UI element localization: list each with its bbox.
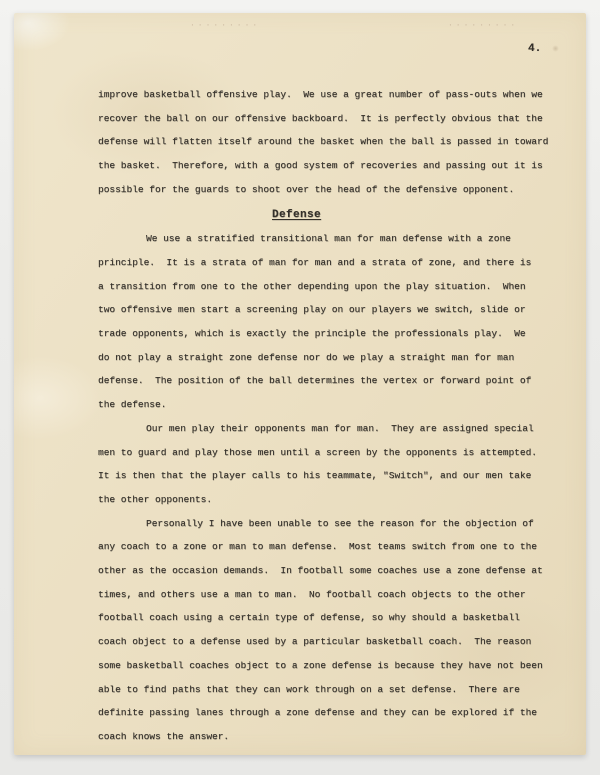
text-line: football coach using a certain type of d… — [98, 606, 562, 630]
text-line: possible for the guards to shoot over th… — [98, 178, 562, 202]
text-line: the other opponents. — [98, 488, 562, 512]
text-line: improve basketball offensive play. We us… — [98, 83, 562, 107]
text-line: definite passing lanes through a zone de… — [98, 701, 562, 725]
page-number: 4. — [528, 43, 541, 55]
text-line: the basket. Therefore, with a good syste… — [98, 154, 562, 178]
text-line: any coach to a zone or man to man defens… — [98, 535, 562, 559]
paragraph: Our men play their opponents man for man… — [98, 417, 562, 512]
text-line: defense will flatten itself around the b… — [98, 130, 562, 154]
paragraph: improve basketball offensive play. We us… — [98, 83, 562, 202]
text-line: Personally I have been unable to see the… — [98, 512, 562, 536]
text-line: principle. It is a strata of man for man… — [98, 251, 562, 275]
faded-stamp-left: ········· — [190, 21, 260, 30]
text-line: able to find paths that they can work th… — [98, 678, 562, 702]
section-heading-text: Defense — [272, 209, 321, 221]
text-line: times, and others use a man to man. No f… — [98, 583, 562, 607]
pencil-smudge — [552, 45, 559, 52]
text-line: the defense. — [98, 393, 562, 417]
text-line: It is then that the player calls to his … — [98, 464, 562, 488]
text-line: two offensive men start a screening play… — [98, 298, 562, 322]
faded-stamp-right: ········· — [448, 21, 518, 30]
text-line: other as the occasion demands. In footba… — [98, 559, 562, 583]
paragraph: We use a stratified transitional man for… — [98, 227, 562, 417]
document-page: ········· ········· 4. improve basketbal… — [14, 13, 586, 755]
text-line: men to guard and play those men until a … — [98, 441, 562, 465]
section-heading: Defense — [98, 202, 562, 228]
text-line: do not play a straight zone defense nor … — [98, 346, 562, 370]
text-line: We use a stratified transitional man for… — [98, 227, 562, 251]
text-line: recover the ball on our offensive backbo… — [98, 107, 562, 131]
text-line: Our men play their opponents man for man… — [98, 417, 562, 441]
text-line: trade opponents, which is exactly the pr… — [98, 322, 562, 346]
text-line: a transition from one to the other depen… — [98, 275, 562, 299]
text-line: defense. The position of the ball determ… — [98, 369, 562, 393]
text-line: coach knows the answer. — [98, 725, 562, 749]
text-line: coach object to a defense used by a part… — [98, 630, 562, 654]
text-line: some basketball coaches object to a zone… — [98, 654, 562, 678]
typewritten-text: improve basketball offensive play. We us… — [98, 83, 562, 749]
paragraph: Personally I have been unable to see the… — [98, 512, 562, 749]
